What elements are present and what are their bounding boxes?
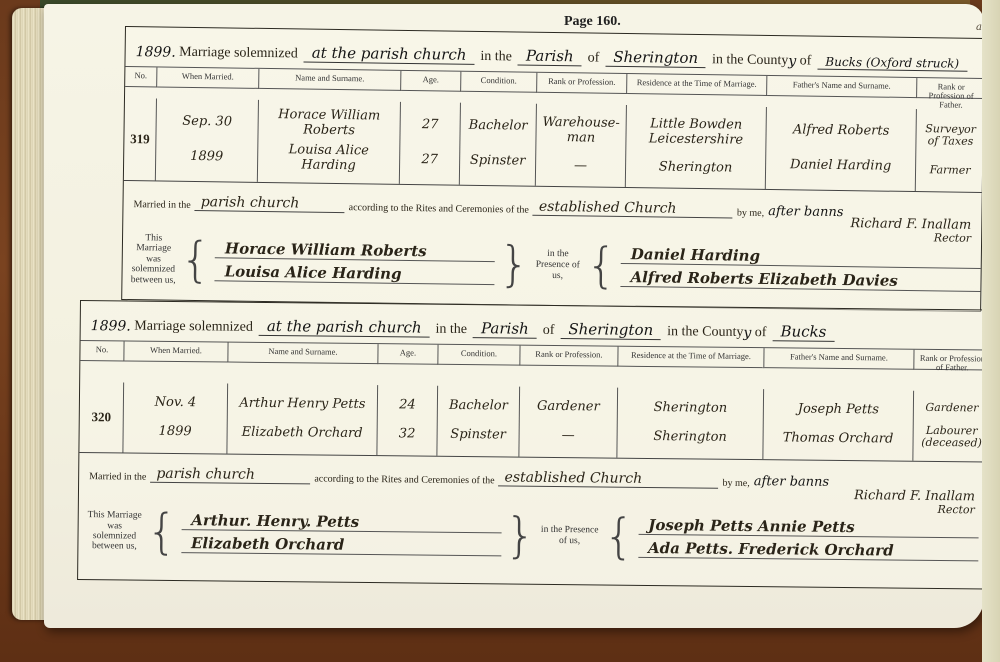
- witness-line-1: Joseph Petts Annie Petts: [638, 516, 978, 539]
- brace-icon: {: [586, 242, 617, 290]
- col-header-father-profession: Rank or Profession of Father.: [914, 350, 990, 371]
- groom-condition: Bachelor: [442, 398, 515, 414]
- bride-residence: Sherington: [630, 160, 761, 177]
- cell-residences: Sherington Sherington: [617, 387, 764, 459]
- entry-number: 319: [128, 131, 151, 147]
- label-according: according to the Rites and Ceremonies of…: [314, 473, 494, 486]
- label-in-the: in the: [435, 322, 467, 338]
- col-header-father-profession: Rank or Profession of Father.: [917, 78, 985, 99]
- bride-age: 32: [382, 427, 433, 442]
- cell-professions: Gardener —: [519, 386, 618, 457]
- bride-condition: Spinster: [442, 428, 515, 444]
- county-field: Bucks (Oxford struck): [817, 55, 967, 72]
- brace-icon: {: [180, 236, 211, 284]
- col-header-no: No.: [80, 341, 124, 361]
- cell-residences: Little Bowden Leicestershire Sherington: [626, 105, 767, 189]
- witness-line-2: Alfred Roberts Elizabeth Davies: [620, 268, 980, 292]
- col-header-father: Father's Name and Surname.: [764, 348, 914, 370]
- label-of: of: [543, 323, 555, 339]
- cell-fathers: Alfred Roberts Daniel Harding: [766, 107, 917, 191]
- cell-no: 319: [124, 98, 157, 181]
- bride-father-profession: Labourer (deceased): [917, 424, 985, 450]
- date-year: 1899: [160, 149, 253, 165]
- page-title: Page 160.: [564, 14, 621, 30]
- cell-conditions: Bachelor Spinster: [460, 102, 537, 185]
- col-header-profession: Rank or Profession.: [537, 73, 627, 94]
- groom-signature: Horace William Roberts: [215, 239, 495, 262]
- groom-age: 27: [405, 118, 456, 134]
- officiant: Richard F. Inallam Rector: [854, 489, 975, 517]
- year: 1899.: [91, 318, 131, 334]
- cell-father-professions: Surveyor of Taxes Farmer: [916, 109, 985, 192]
- bride-name: Louisa Alice Harding: [262, 143, 395, 175]
- bride-signature: Elizabeth Orchard: [181, 534, 501, 556]
- label-of: of: [588, 50, 600, 66]
- by-me-field: after banns: [754, 474, 829, 490]
- brace-icon: {: [603, 512, 634, 560]
- couple-signatures: Arthur. Henry. Petts Elizabeth Orchard: [181, 511, 501, 556]
- cell-ages: 24 32: [377, 385, 438, 456]
- label-by-me: by me,: [722, 478, 749, 489]
- place-field: at the parish church: [259, 317, 430, 338]
- groom-signature: Arthur. Henry. Petts: [181, 511, 501, 533]
- bride-profession: —: [524, 429, 613, 445]
- groom-profession: Warehouse-man: [540, 116, 621, 147]
- label-married-in: Married in the: [89, 471, 146, 483]
- label-presence: in the Presence of us,: [533, 248, 582, 281]
- label-in-the: in the: [480, 49, 512, 65]
- label-solemnized: Marriage solemnized: [134, 319, 253, 336]
- col-header-age: Age.: [378, 344, 438, 365]
- cell-father-professions: Gardener Labourer (deceased): [913, 390, 990, 461]
- label-according: according to the Rites and Ceremonies of…: [349, 202, 529, 216]
- marriage-entry-319: 1899. Marriage solemnized at the parish …: [121, 26, 985, 312]
- year: 1899.: [136, 44, 176, 61]
- parish-name-field: Sherington: [605, 48, 706, 68]
- col-header-condition: Condition.: [438, 345, 520, 366]
- married-in-line: Married in the parish church according t…: [79, 465, 987, 492]
- officiant: Richard F. Inallam Rector: [850, 217, 971, 245]
- bride-profession: —: [540, 158, 621, 174]
- by-me-field: after banns: [768, 204, 844, 220]
- col-header-condition: Condition.: [461, 72, 537, 93]
- entry-table: No. When Married. Name and Surname. Age.…: [124, 67, 984, 193]
- groom-age: 24: [382, 398, 433, 413]
- label-this-marriage: This Marriage was solemnized between us,: [86, 510, 142, 552]
- label-married-in: Married in the: [133, 199, 190, 211]
- marriage-entry-320: 1899. Marriage solemnized at the parish …: [77, 300, 990, 590]
- witness-line-2: Ada Petts. Frederick Orchard: [638, 539, 978, 562]
- brace-icon: }: [498, 240, 529, 288]
- col-header-father: Father's Name and Surname.: [767, 76, 917, 98]
- bride-father: Thomas Orchard: [768, 431, 909, 447]
- entry-table: No. When Married. Name and Surname. Age.…: [79, 341, 988, 463]
- entry-number: 320: [84, 409, 119, 425]
- county-suffix: y: [788, 53, 796, 69]
- county-suffix: y: [743, 325, 751, 341]
- groom-father: Joseph Petts: [768, 402, 909, 418]
- cell-date: Sep. 30 1899: [156, 98, 259, 182]
- cell-names: Arthur Henry Petts Elizabeth Orchard: [227, 383, 378, 455]
- church-field: established Church: [499, 469, 719, 488]
- col-header-when: When Married.: [157, 67, 259, 88]
- bride-name: Elizabeth Orchard: [232, 426, 373, 442]
- date-day: Sep. 30: [161, 114, 254, 130]
- bride-father: Daniel Harding: [770, 158, 911, 175]
- bride-father-profession: Farmer: [920, 164, 980, 177]
- witness-signatures: Joseph Petts Annie Petts Ada Petts. Fred…: [638, 516, 978, 562]
- label-county: in the County: [667, 324, 743, 341]
- col-header-age: Age.: [401, 71, 461, 92]
- bride-signature: Louisa Alice Harding: [215, 262, 495, 285]
- col-header-profession: Rank or Profession.: [520, 346, 618, 367]
- parish-name-field: Sherington: [560, 320, 661, 340]
- groom-residence: Sherington: [622, 400, 759, 416]
- date-day: Nov. 4: [128, 395, 223, 411]
- groom-father: Alfred Roberts: [771, 123, 912, 140]
- col-header-residence: Residence at the Time of Marriage.: [627, 74, 767, 96]
- cell-no: 320: [79, 382, 124, 453]
- groom-name: Arthur Henry Petts: [232, 396, 373, 412]
- groom-name: Horace William Roberts: [262, 108, 395, 140]
- parish-word-field: Parish: [518, 46, 582, 66]
- signature-block: This Marriage was solemnized between us,…: [122, 233, 981, 297]
- groom-father-profession: Surveyor of Taxes: [920, 123, 980, 149]
- cell-ages: 27 27: [400, 101, 461, 184]
- label-county: in the County: [712, 52, 788, 69]
- brace-icon: {: [146, 508, 177, 556]
- county-field: Bucks: [772, 322, 834, 342]
- label-of-county: of: [800, 53, 812, 69]
- church-field: established Church: [533, 199, 733, 219]
- col-header-when: When Married.: [124, 341, 228, 362]
- officiant-name: Richard F. Inallam: [850, 217, 971, 233]
- col-header-no: No.: [125, 67, 157, 87]
- cell-date: Nov. 4 1899: [123, 382, 228, 454]
- bride-age: 27: [404, 153, 455, 169]
- signature-block: This Marriage was solemnized between us,…: [78, 507, 986, 565]
- witness-line-1: Daniel Harding: [621, 245, 981, 269]
- facing-page-edge: [982, 0, 1000, 662]
- groom-residence: Little Bowden Leicestershire: [630, 117, 761, 149]
- married-in-field: parish church: [195, 194, 345, 213]
- groom-father-profession: Gardener: [918, 401, 986, 414]
- date-year: 1899: [128, 424, 223, 440]
- col-header-name: Name and Surname.: [228, 343, 378, 365]
- place-field: at the parish church: [304, 43, 475, 64]
- label-solemnized: Marriage solemnized: [179, 45, 298, 63]
- label-by-me: by me,: [737, 208, 764, 219]
- col-header-name: Name and Surname.: [259, 69, 401, 91]
- cell-conditions: Bachelor Spinster: [437, 385, 520, 456]
- bride-residence: Sherington: [622, 430, 759, 446]
- bride-condition: Spinster: [464, 154, 531, 170]
- parish-word-field: Parish: [473, 319, 537, 339]
- cell-fathers: Joseph Petts Thomas Orchard: [763, 389, 914, 461]
- groom-condition: Bachelor: [465, 119, 532, 135]
- married-in-field: parish church: [150, 466, 310, 485]
- cell-professions: Warehouse-man —: [536, 103, 627, 187]
- label-presence: in the Presence of us,: [540, 525, 600, 547]
- col-header-residence: Residence at the Time of Marriage.: [618, 347, 764, 369]
- label-of-county: of: [755, 325, 767, 341]
- label-this-marriage: This Marriage was solemnized between us,: [130, 233, 176, 286]
- witness-signatures: Daniel Harding Alfred Roberts Elizabeth …: [620, 245, 981, 292]
- officiant-name: Richard F. Inallam: [854, 489, 975, 505]
- couple-signatures: Horace William Roberts Louisa Alice Hard…: [215, 239, 496, 285]
- brace-icon: }: [505, 511, 536, 559]
- cell-names: Horace William Roberts Louisa Alice Hard…: [258, 100, 401, 184]
- groom-profession: Gardener: [524, 399, 613, 415]
